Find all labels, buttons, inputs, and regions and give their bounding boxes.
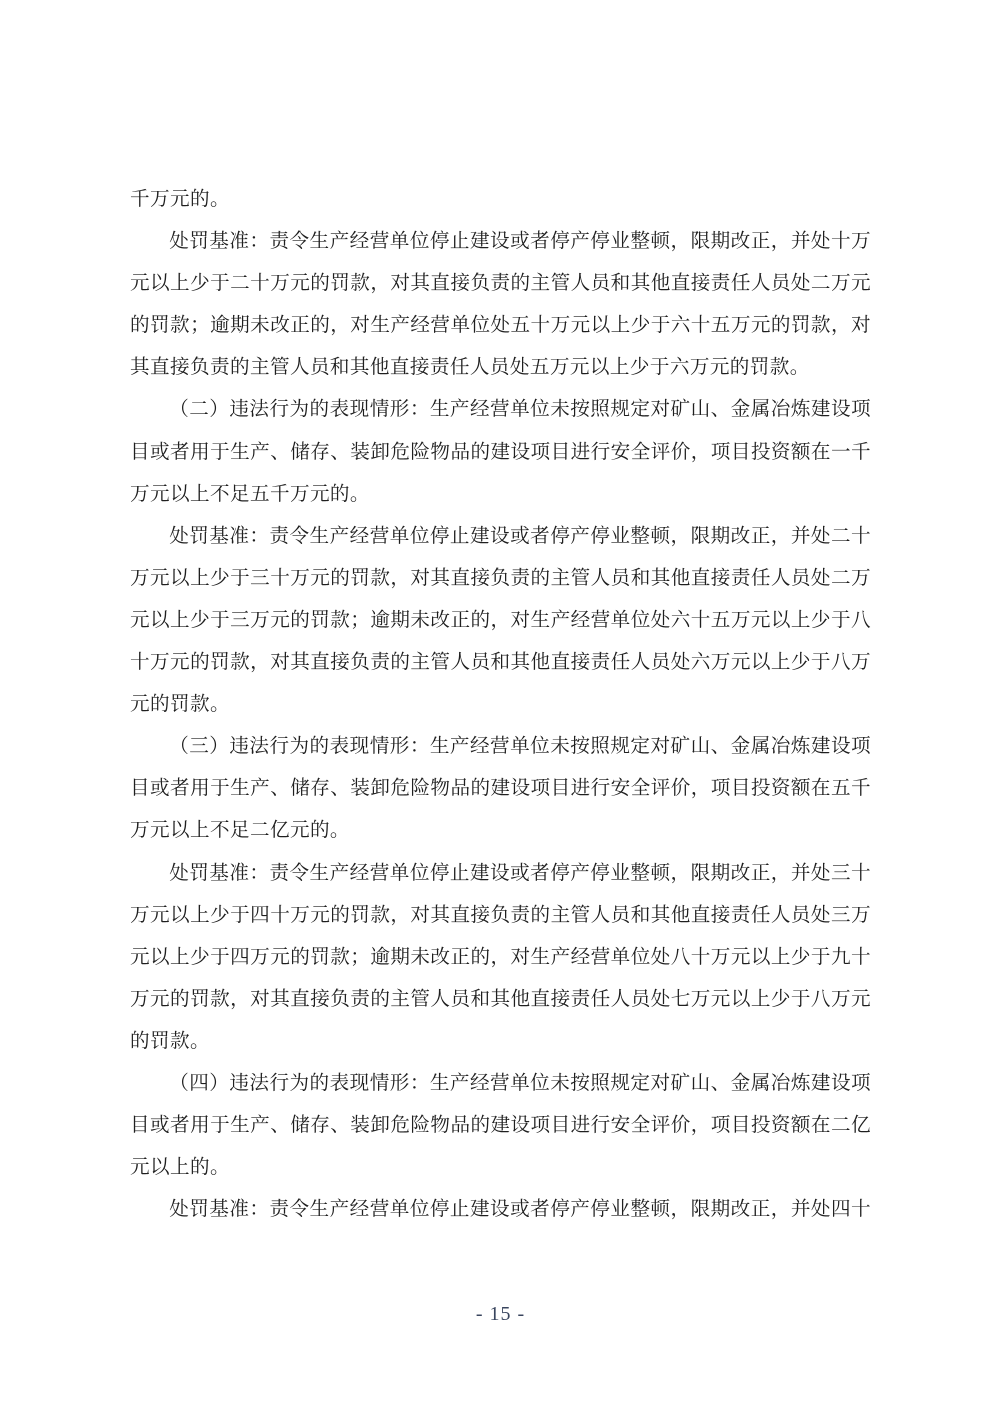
- page-number: - 15 -: [130, 1293, 871, 1335]
- text-line: 元的罚款。: [130, 684, 871, 726]
- text-line: （三）违法行为的表现情形：生产经营单位未按照规定对矿山、金属冶炼建设项: [130, 726, 871, 768]
- text-line: 元以上少于四万元的罚款；逾期未改正的，对生产经营单位处八十万元以上少于九十: [130, 937, 871, 979]
- paragraph: 处罚基准：责令生产经营单位停止建设或者停产停业整顿，限期改正，并处三十万元以上少…: [130, 853, 871, 1063]
- text-line: 元以上少于三万元的罚款；逾期未改正的，对生产经营单位处六十五万元以上少于八: [130, 600, 871, 642]
- text-line: 万元的罚款，对其直接负责的主管人员和其他直接责任人员处七万元以上少于八万元: [130, 979, 871, 1021]
- text-line: 其直接负责的主管人员和其他直接责任人员处五万元以上少于六万元的罚款。: [130, 347, 871, 389]
- document-page: 千万元的。处罚基准：责令生产经营单位停止建设或者停产停业整顿，限期改正，并处十万…: [0, 0, 1000, 1414]
- document-body: 千万元的。处罚基准：责令生产经营单位停止建设或者停产停业整顿，限期改正，并处十万…: [130, 179, 871, 1231]
- text-line: 元以上少于二十万元的罚款，对其直接负责的主管人员和其他直接责任人员处二万元: [130, 263, 871, 305]
- text-line: 的罚款；逾期未改正的，对生产经营单位处五十万元以上少于六十五万元的罚款，对: [130, 305, 871, 347]
- text-line: 处罚基准：责令生产经营单位停止建设或者停产停业整顿，限期改正，并处三十: [130, 853, 871, 895]
- text-line: （二）违法行为的表现情形：生产经营单位未按照规定对矿山、金属冶炼建设项: [130, 389, 871, 431]
- paragraph: （二）违法行为的表现情形：生产经营单位未按照规定对矿山、金属冶炼建设项目或者用于…: [130, 389, 871, 515]
- text-line: 目或者用于生产、储存、装卸危险物品的建设项目进行安全评价，项目投资额在一千: [130, 432, 871, 474]
- text-line: 十万元的罚款，对其直接负责的主管人员和其他直接责任人员处六万元以上少于八万: [130, 642, 871, 684]
- paragraph: （三）违法行为的表现情形：生产经营单位未按照规定对矿山、金属冶炼建设项目或者用于…: [130, 726, 871, 852]
- text-line: 万元以上不足二亿元的。: [130, 810, 871, 852]
- paragraph: （四）违法行为的表现情形：生产经营单位未按照规定对矿山、金属冶炼建设项目或者用于…: [130, 1063, 871, 1189]
- text-line: 处罚基准：责令生产经营单位停止建设或者停产停业整顿，限期改正，并处二十: [130, 516, 871, 558]
- paragraph: 千万元的。: [130, 179, 871, 221]
- paragraph: 处罚基准：责令生产经营单位停止建设或者停产停业整顿，限期改正，并处二十万元以上少…: [130, 516, 871, 726]
- text-line: 万元以上少于三十万元的罚款，对其直接负责的主管人员和其他直接责任人员处二万: [130, 558, 871, 600]
- text-line: 处罚基准：责令生产经营单位停止建设或者停产停业整顿，限期改正，并处十万: [130, 221, 871, 263]
- text-line: 目或者用于生产、储存、装卸危险物品的建设项目进行安全评价，项目投资额在五千: [130, 768, 871, 810]
- text-line: 万元以上不足五千万元的。: [130, 474, 871, 516]
- text-line: 千万元的。: [130, 179, 871, 221]
- text-line: 万元以上少于四十万元的罚款，对其直接负责的主管人员和其他直接责任人员处三万: [130, 895, 871, 937]
- text-line: 元以上的。: [130, 1147, 871, 1189]
- text-line: （四）违法行为的表现情形：生产经营单位未按照规定对矿山、金属冶炼建设项: [130, 1063, 871, 1105]
- text-line: 处罚基准：责令生产经营单位停止建设或者停产停业整顿，限期改正，并处四十: [130, 1189, 871, 1231]
- text-line: 的罚款。: [130, 1021, 871, 1063]
- paragraph: 处罚基准：责令生产经营单位停止建设或者停产停业整顿，限期改正，并处十万元以上少于…: [130, 221, 871, 389]
- text-line: 目或者用于生产、储存、装卸危险物品的建设项目进行安全评价，项目投资额在二亿: [130, 1105, 871, 1147]
- paragraph: 处罚基准：责令生产经营单位停止建设或者停产停业整顿，限期改正，并处四十: [130, 1189, 871, 1231]
